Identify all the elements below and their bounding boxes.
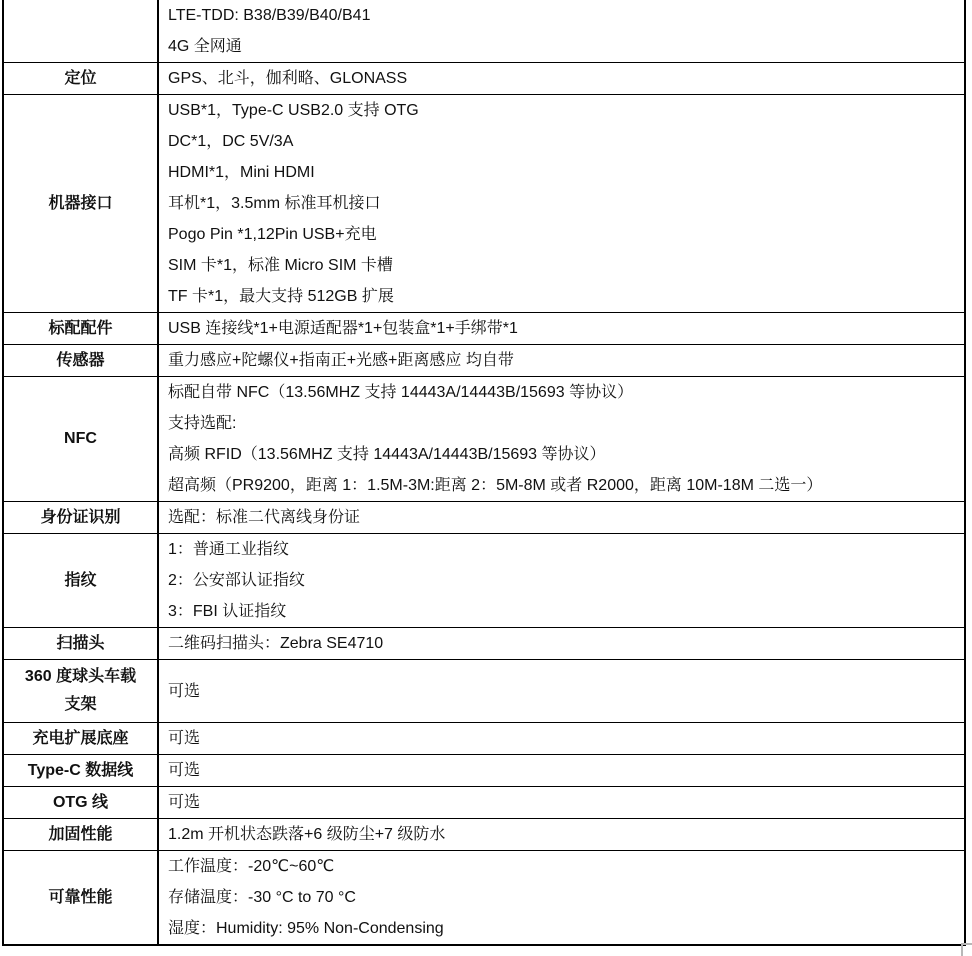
row-label-device-ports: 机器接口 (4, 95, 159, 312)
row-value-text: 高频 RFID（13.56MHZ 支持 14443A/14443B/15693 … (168, 439, 964, 470)
row-value-type-c-cable: 可选 (159, 755, 964, 786)
row-label-positioning: 定位 (4, 63, 159, 94)
row-value-text: 1：普通工业指纹 (168, 534, 964, 565)
row-label-text: OTG 线 (53, 789, 108, 817)
row-value-car-mount: 可选 (159, 660, 964, 722)
corner-mark-artifact (961, 943, 972, 956)
row-value-text: 3：FBI 认证指纹 (168, 596, 964, 627)
row-value-standard-accessories: USB 连接线*1+电源适配器*1+包装盒*1+手绑带*1 (159, 313, 964, 344)
row-value-text: 二维码扫描头：Zebra SE4710 (168, 628, 964, 659)
row-label-text: 加固性能 (48, 821, 112, 849)
row-value-text: TF 卡*1，最大支持 512GB 扩展 (168, 281, 964, 312)
table-row-type-c-cable: Type-C 数据线可选 (4, 754, 964, 786)
row-value-fingerprint: 1：普通工业指纹2：公安部认证指纹3：FBI 认证指纹 (159, 534, 964, 627)
row-value-text: 可选 (168, 787, 964, 818)
row-label-text: 标配配件 (48, 315, 112, 343)
row-label-scanner: 扫描头 (4, 628, 159, 659)
row-label-id-card-recognition: 身份证识别 (4, 502, 159, 533)
row-value-otg-cable: 可选 (159, 787, 964, 818)
row-label-text: 支架 (64, 691, 96, 719)
row-value-text: 标配自带 NFC（13.56MHZ 支持 14443A/14443B/15693… (168, 377, 964, 408)
row-value-charging-dock: 可选 (159, 723, 964, 754)
row-value-text: 可选 (168, 676, 964, 707)
row-value-rugged-performance: 1.2m 开机状态跌落+6 级防尘+7 级防水 (159, 819, 964, 850)
row-label-network-bands (4, 0, 159, 62)
row-label-rugged-performance: 加固性能 (4, 819, 159, 850)
table-row-scanner: 扫描头二维码扫描头：Zebra SE4710 (4, 627, 964, 659)
row-value-scanner: 二维码扫描头：Zebra SE4710 (159, 628, 964, 659)
row-label-text: 传感器 (56, 347, 104, 375)
row-value-text: 耳机*1，3.5mm 标准耳机接口 (168, 188, 964, 219)
row-value-text: USB*1，Type-C USB2.0 支持 OTG (168, 95, 964, 126)
row-value-text: 1.2m 开机状态跌落+6 级防尘+7 级防水 (168, 819, 964, 850)
table-row-fingerprint: 指纹1：普通工业指纹2：公安部认证指纹3：FBI 认证指纹 (4, 533, 964, 627)
row-label-nfc: NFC (4, 377, 159, 501)
row-value-text: LTE-TDD: B38/B39/B40/B41 (168, 0, 964, 31)
row-label-text: 可靠性能 (48, 884, 112, 912)
row-label-standard-accessories: 标配配件 (4, 313, 159, 344)
table-row-reliability: 可靠性能工作温度：-20℃~60℃存储温度：-30 °C to 70 °C湿度：… (4, 850, 964, 944)
row-value-nfc: 标配自带 NFC（13.56MHZ 支持 14443A/14443B/15693… (159, 377, 964, 501)
row-label-type-c-cable: Type-C 数据线 (4, 755, 159, 786)
row-value-text: 4G 全网通 (168, 31, 964, 62)
row-label-otg-cable: OTG 线 (4, 787, 159, 818)
row-value-text: 重力感应+陀螺仪+指南正+光感+距离感应 均自带 (168, 345, 964, 376)
table-row-device-ports: 机器接口USB*1，Type-C USB2.0 支持 OTGDC*1，DC 5V… (4, 94, 964, 312)
row-value-text: 支持选配: (168, 408, 964, 439)
row-label-sensors: 传感器 (4, 345, 159, 376)
row-value-text: 可选 (168, 755, 964, 786)
row-label-text: 充电扩展底座 (32, 725, 128, 753)
page: LTE-TDD: B38/B39/B40/B414G 全网通定位GPS、北斗，伽… (0, 0, 972, 956)
row-label-text: Type-C 数据线 (28, 757, 134, 785)
row-value-text: Pogo Pin *1,12Pin USB+充电 (168, 219, 964, 250)
row-value-network-bands: LTE-TDD: B38/B39/B40/B414G 全网通 (159, 0, 964, 62)
row-value-reliability: 工作温度：-20℃~60℃存储温度：-30 °C to 70 °C湿度：Humi… (159, 851, 964, 944)
row-value-text: 选配：标准二代离线身份证 (168, 502, 964, 533)
table-row-network-bands: LTE-TDD: B38/B39/B40/B414G 全网通 (4, 0, 964, 62)
table-row-nfc: NFC标配自带 NFC（13.56MHZ 支持 14443A/14443B/15… (4, 376, 964, 501)
table-row-id-card-recognition: 身份证识别选配：标准二代离线身份证 (4, 501, 964, 533)
spec-table: LTE-TDD: B38/B39/B40/B414G 全网通定位GPS、北斗，伽… (2, 0, 966, 946)
row-value-id-card-recognition: 选配：标准二代离线身份证 (159, 502, 964, 533)
row-value-text: SIM 卡*1，标准 Micro SIM 卡槽 (168, 250, 964, 281)
row-value-text: 湿度：Humidity: 95% Non-Condensing (168, 913, 964, 944)
row-value-text: 存储温度：-30 °C to 70 °C (168, 882, 964, 913)
row-label-car-mount: 360 度球头车载支架 (4, 660, 159, 722)
row-value-text: HDMI*1，Mini HDMI (168, 157, 964, 188)
row-label-text: 扫描头 (56, 630, 104, 658)
table-row-positioning: 定位GPS、北斗，伽利略、GLONASS (4, 62, 964, 94)
row-label-text: 机器接口 (48, 190, 112, 218)
row-value-sensors: 重力感应+陀螺仪+指南正+光感+距离感应 均自带 (159, 345, 964, 376)
row-label-text: 身份证识别 (40, 504, 120, 532)
row-value-text: USB 连接线*1+电源适配器*1+包装盒*1+手绑带*1 (168, 313, 964, 344)
row-value-text: 可选 (168, 723, 964, 754)
row-label-fingerprint: 指纹 (4, 534, 159, 627)
row-value-text: 超高频（PR9200，距离 1：1.5M-3M:距离 2：5M-8M 或者 R2… (168, 470, 964, 501)
row-value-text: 2：公安部认证指纹 (168, 565, 964, 596)
row-label-text: NFC (64, 425, 97, 453)
table-row-car-mount: 360 度球头车载支架可选 (4, 659, 964, 722)
table-row-charging-dock: 充电扩展底座可选 (4, 722, 964, 754)
table-row-sensors: 传感器重力感应+陀螺仪+指南正+光感+距离感应 均自带 (4, 344, 964, 376)
row-value-text: GPS、北斗，伽利略、GLONASS (168, 63, 964, 94)
row-value-device-ports: USB*1，Type-C USB2.0 支持 OTGDC*1，DC 5V/3AH… (159, 95, 964, 312)
table-row-rugged-performance: 加固性能1.2m 开机状态跌落+6 级防尘+7 级防水 (4, 818, 964, 850)
row-label-charging-dock: 充电扩展底座 (4, 723, 159, 754)
row-label-text: 360 度球头车载 (25, 663, 136, 691)
table-row-standard-accessories: 标配配件USB 连接线*1+电源适配器*1+包装盒*1+手绑带*1 (4, 312, 964, 344)
table-row-otg-cable: OTG 线可选 (4, 786, 964, 818)
row-label-text: 定位 (64, 65, 96, 93)
row-label-reliability: 可靠性能 (4, 851, 159, 944)
row-value-positioning: GPS、北斗，伽利略、GLONASS (159, 63, 964, 94)
row-value-text: DC*1，DC 5V/3A (168, 126, 964, 157)
row-value-text: 工作温度：-20℃~60℃ (168, 851, 964, 882)
row-label-text: 指纹 (64, 567, 96, 595)
